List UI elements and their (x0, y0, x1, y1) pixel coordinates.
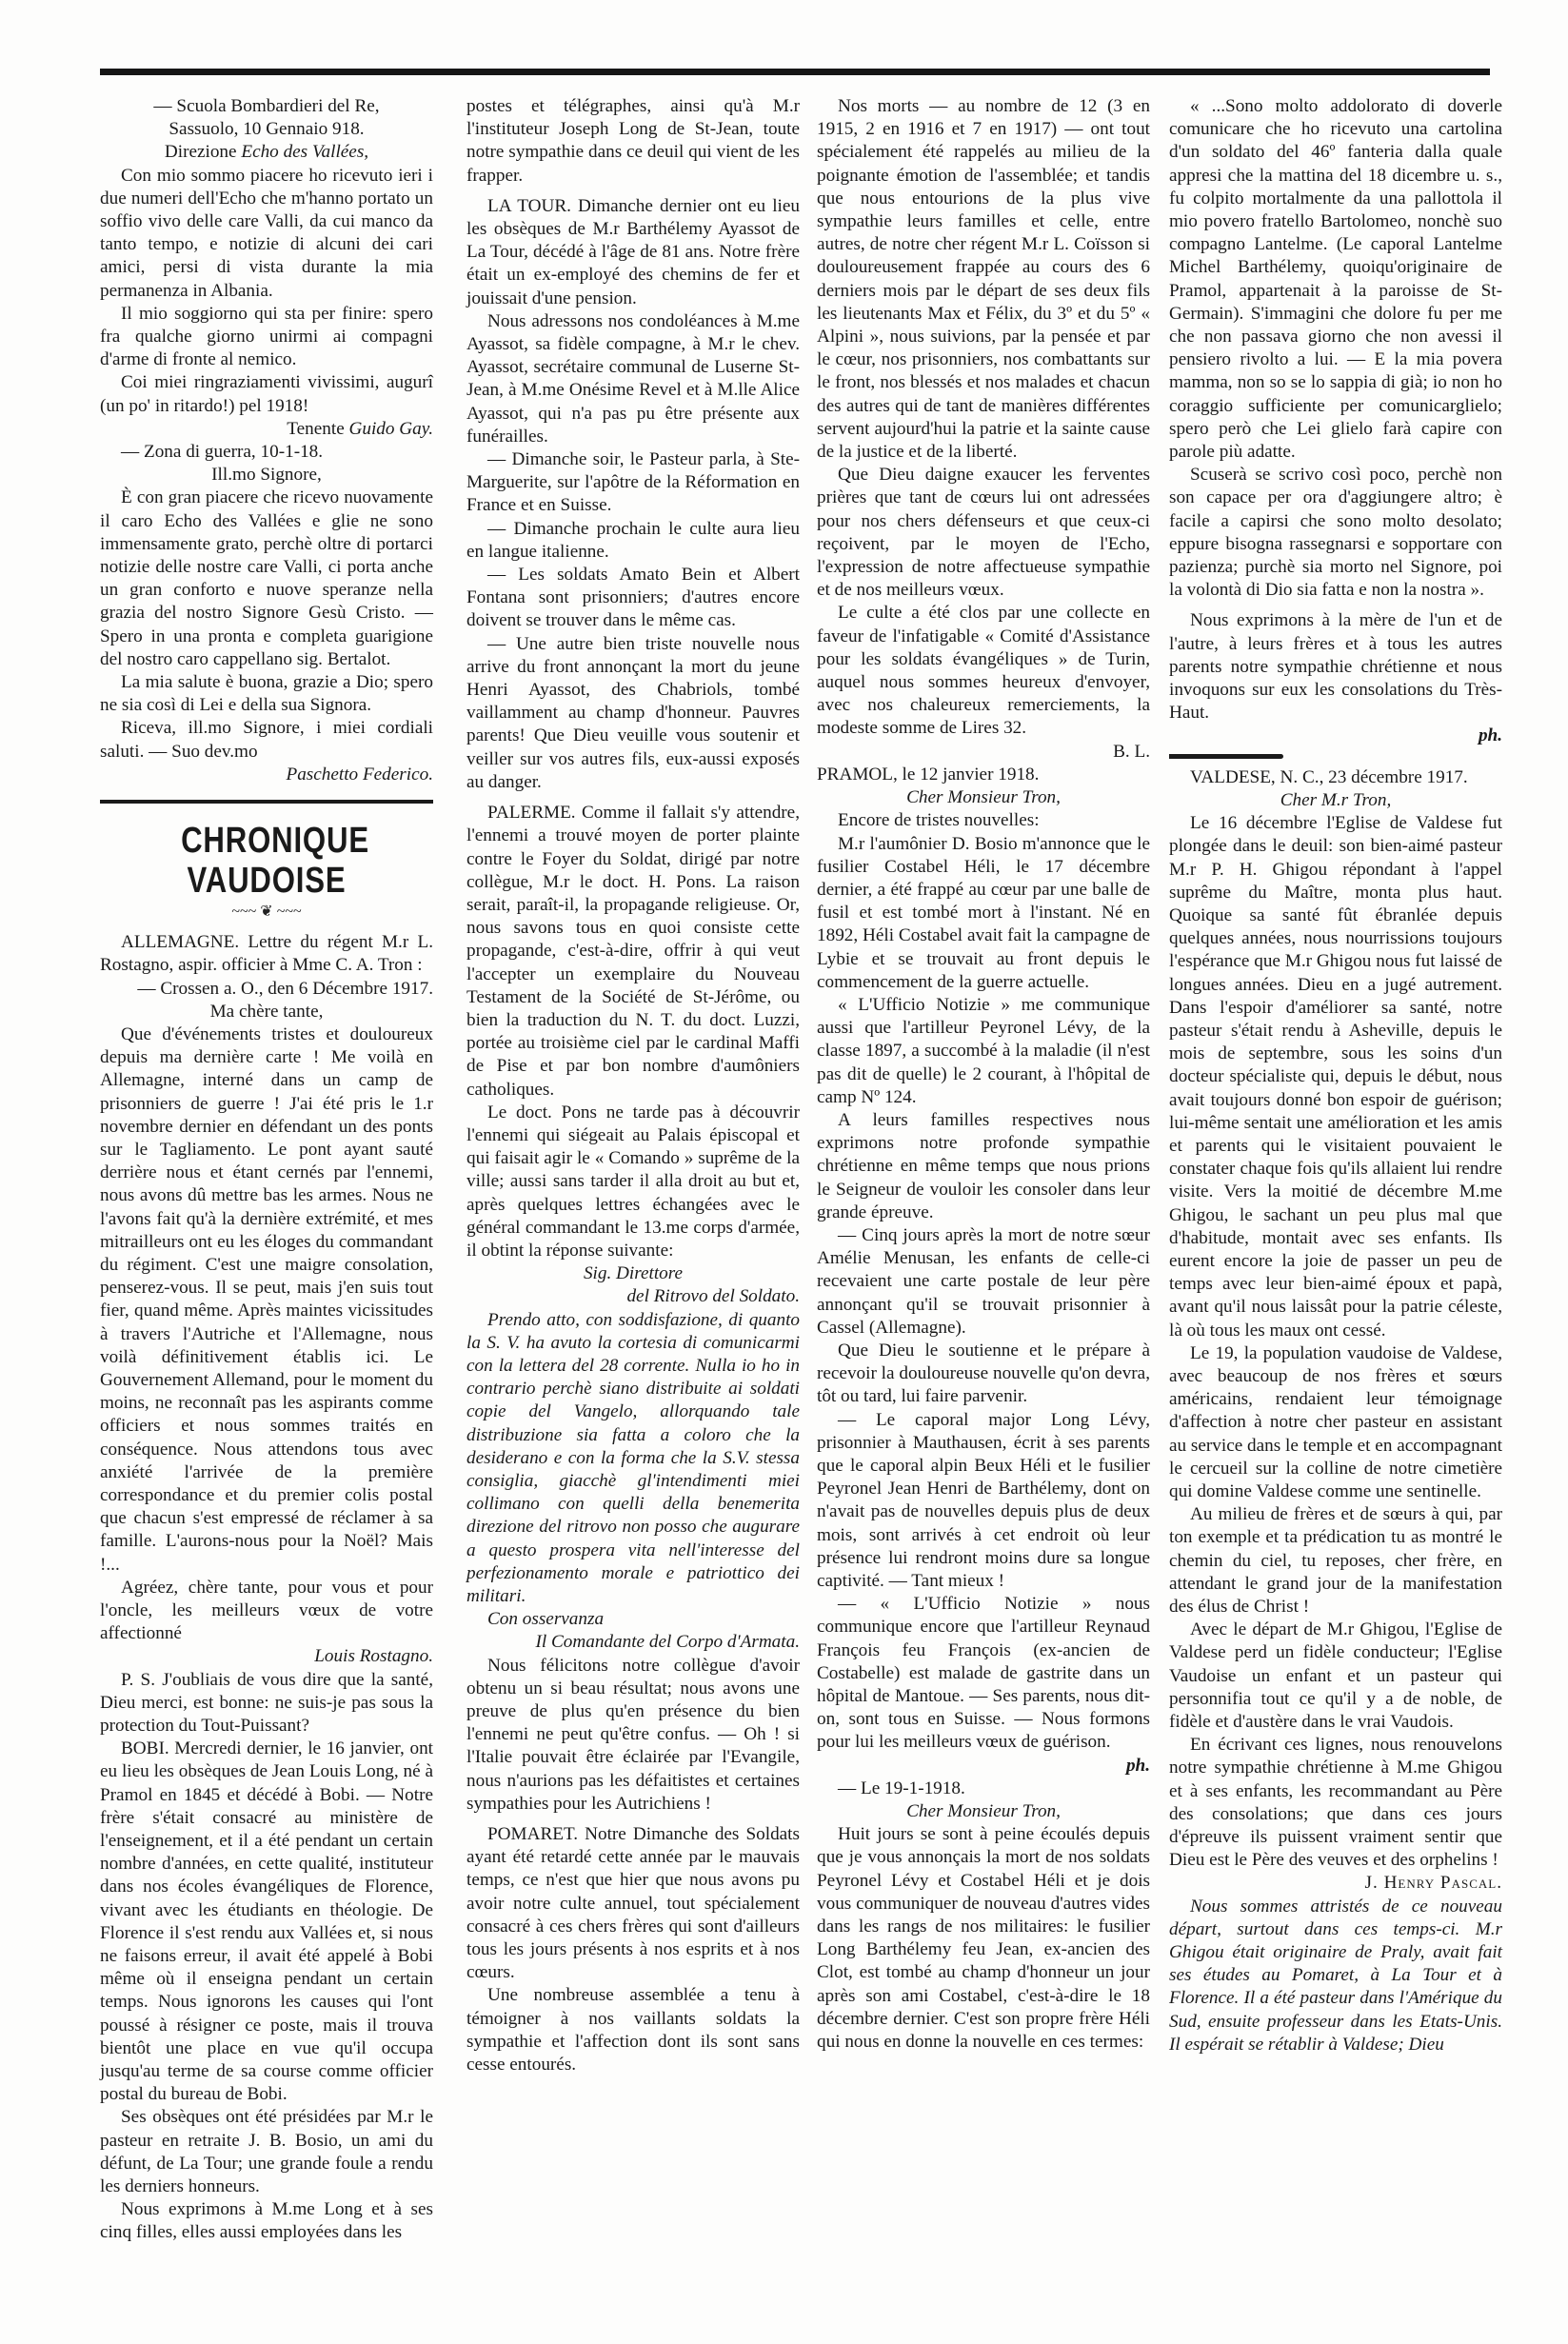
paragraph: — Une autre bien triste nouvelle nous ar… (466, 633, 800, 794)
paragraph: Coi miei ringraziamenti vivissimi, augur… (100, 371, 433, 417)
paragraph: — Zona di guerra, 10-1-18. (100, 441, 433, 464)
paragraph: BOBI. Mercredi dernier, le 16 janvier, o… (100, 1738, 433, 2106)
section-divider (1169, 754, 1283, 759)
paragraph: — Le 19-1-1918. (817, 1778, 1150, 1800)
paragraph: M.r l'aumônier D. Bosio m'annonce que le… (817, 833, 1150, 994)
paragraph: Le 19, la population vaudoise de Valdese… (1169, 1342, 1502, 1503)
signature: Louis Rostagno. (100, 1645, 433, 1668)
salutation-text: Cher M.r Tron, (1280, 790, 1392, 810)
dateline: PRAMOL, le 12 janvier 1918. (817, 764, 1150, 786)
paragraph: ALLEMAGNE. Lettre du régent M.r L. Rosta… (100, 931, 433, 977)
salutation: Cher M.r Tron, (1169, 789, 1502, 812)
paragraph: A leurs familles respectives nous exprim… (817, 1109, 1150, 1224)
paragraph: Huit jours se sont à peine écoulés depui… (817, 1823, 1150, 2054)
column-4: « ...Sono molto addolorato di doverle co… (1169, 95, 1502, 2056)
salutation-prefix: Direzione (165, 142, 241, 162)
paragraph: — Cinq jours après la mort de notre sœur… (817, 1224, 1150, 1340)
signature: Tenente Guido Gay. (100, 418, 433, 441)
paragraph: Une nombreuse assemblée a tenu à témoign… (466, 1984, 800, 2076)
signature-name: Paschetto Federico. (286, 765, 433, 785)
paragraph: — Les soldats Amato Bein et Albert Fonta… (466, 564, 800, 633)
letter-address: Sig. Direttore (466, 1262, 800, 1285)
initials-text: ph. (1479, 725, 1502, 745)
paragraph: Nous exprimons à M.me Long et à ses cinq… (100, 2198, 433, 2244)
signature-name: Louis Rostagno. (314, 1646, 433, 1666)
editor-note: Nous sommes attristés de ce nouveau dépa… (1169, 1896, 1502, 2056)
paragraph: « L'Ufficio Notizie » me communique auss… (817, 994, 1150, 1109)
top-rule (100, 69, 1490, 75)
initials: B. L. (817, 741, 1150, 764)
initials: ph. (817, 1755, 1150, 1778)
signature-name: Guido Gay. (349, 419, 433, 439)
paragraph: È con gran piacere che ricevo nuovamente… (100, 487, 433, 671)
paragraph: PALERME. Comme il fallait s'y attendre, … (466, 802, 800, 1102)
paragraph: P. S. J'oubliais de vous dire que la san… (100, 1669, 433, 1738)
paragraph: Que d'événements tristes et douloureux d… (100, 1023, 433, 1577)
initials-text: ph. (1126, 1756, 1150, 1776)
paragraph: Nous adressons nos condoléances à M.me A… (466, 310, 800, 448)
dateline: — Crossen a. O., den 6 Décembre 1917. (100, 978, 433, 1001)
signature: Paschetto Federico. (100, 764, 433, 786)
paragraph: Nos morts — au nombre de 12 (3 en 1915, … (817, 95, 1150, 464)
paragraph: Nous félicitons notre collègue d'avoir o… (466, 1655, 800, 1816)
paragraph: Scuserà se scrivo così poco, perchè non … (1169, 464, 1502, 602)
text-line: Sassuolo, 10 Gennaio 918. (100, 118, 433, 141)
quoted-letter-text: Prendo atto, con soddisfazione, di quant… (466, 1310, 800, 1606)
paragraph: Que Dieu daigne exaucer les ferventes pr… (817, 464, 1150, 602)
quoted-letter: Prendo atto, con soddisfazione, di quant… (466, 1309, 800, 1609)
closing-text: Con osservanza (487, 1609, 604, 1629)
address-line: del Ritrovo del Soldato. (626, 1286, 800, 1306)
paragraph: — Dimanche prochain le culte aura lieu e… (466, 518, 800, 564)
paragraph: — Le caporal major Long Lévy, prisonnier… (817, 1409, 1150, 1594)
paragraph: Nous exprimons à la mère de l'un et de l… (1169, 609, 1502, 725)
salutation: Cher Monsieur Tron, (817, 1800, 1150, 1823)
paragraph: Le culte a été clos par une collecte en … (817, 602, 1150, 740)
text-line: — Scuola Bombardieri del Re, (100, 95, 433, 118)
signature-name: Il Comandante del Corpo d'Armata. (535, 1632, 800, 1652)
paragraph: Le 16 décembre l'Eglise de Valdese fut p… (1169, 812, 1502, 1342)
signature-prefix: Tenente (287, 419, 348, 439)
signature: Il Comandante del Corpo d'Armata. (466, 1631, 800, 1654)
section-divider (100, 800, 433, 804)
newspaper-page: — Scuola Bombardieri del Re, Sassuolo, 1… (0, 0, 1568, 2344)
letter-address: del Ritrovo del Soldato. (466, 1285, 800, 1308)
paragraph: « ...Sono molto addolorato di doverle co… (1169, 95, 1502, 464)
paragraph: — Dimanche soir, le Pasteur parla, à Ste… (466, 448, 800, 518)
closing: Con osservanza (466, 1608, 800, 1631)
column-1: — Scuola Bombardieri del Re, Sassuolo, 1… (100, 95, 433, 2245)
salutation: Cher Monsieur Tron, (817, 786, 1150, 809)
salutation: Direzione Echo des Vallées, (100, 141, 433, 164)
paragraph: En écrivant ces lignes, nous renouvelons… (1169, 1734, 1502, 1872)
salutation-text: Cher Monsieur Tron, (906, 1801, 1061, 1821)
paragraph: POMARET. Notre Dimanche des Soldats ayan… (466, 1823, 800, 1984)
initials: ph. (1169, 725, 1502, 747)
paragraph: Encore de tristes nouvelles: (817, 809, 1150, 832)
paragraph: Le doct. Pons ne tarde pas à découvrir l… (466, 1102, 800, 1262)
paragraph: Il mio soggiorno qui sta per finire: spe… (100, 303, 433, 372)
editor-note-text: Nous sommes attristés de ce nouveau dépa… (1169, 1897, 1502, 2055)
ornament-icon: ~~~ ❦ ~~~ (100, 903, 433, 922)
paragraph: Au milieu de frères et de sœurs à qui, p… (1169, 1503, 1502, 1619)
paragraph: Que Dieu le soutienne et le prépare à re… (817, 1340, 1150, 1409)
column-2: postes et télégraphes, ainsi qu'à M.r l'… (466, 95, 800, 2076)
paragraph: Con mio sommo piacere ho ricevuto ieri i… (100, 165, 433, 303)
paragraph: Riceva, ill.mo Signore, i miei cordiali … (100, 717, 433, 763)
salutation: Ma chère tante, (100, 1001, 433, 1023)
text-line: Ill.mo Signore, (100, 464, 433, 487)
dateline: VALDESE, N. C., 23 décembre 1917. (1169, 766, 1502, 789)
paragraph: LA TOUR. Dimanche dernier ont eu lieu le… (466, 195, 800, 310)
signature: J. Henry Pascal. (1169, 1872, 1502, 1895)
paragraph: La mia salute è buona, grazie a Dio; spe… (100, 671, 433, 717)
address-line: Sig. Direttore (584, 1263, 683, 1283)
paragraph: Ses obsèques ont été présidées par M.r l… (100, 2106, 433, 2198)
paragraph: Avec le départ de M.r Ghigou, l'Eglise d… (1169, 1619, 1502, 1734)
column-3: Nos morts — au nombre de 12 (3 en 1915, … (817, 95, 1150, 2054)
paragraph: — « L'Ufficio Notizie » nous communique … (817, 1593, 1150, 1754)
section-heading: CHRONIQUE VAUDOISE (130, 821, 404, 901)
salutation-italic: Echo des Vallées, (241, 142, 368, 162)
paragraph: postes et télégraphes, ainsi qu'à M.r l'… (466, 95, 800, 188)
salutation-text: Cher Monsieur Tron, (906, 787, 1061, 807)
paragraph: Agréez, chère tante, pour vous et pour l… (100, 1577, 433, 1646)
